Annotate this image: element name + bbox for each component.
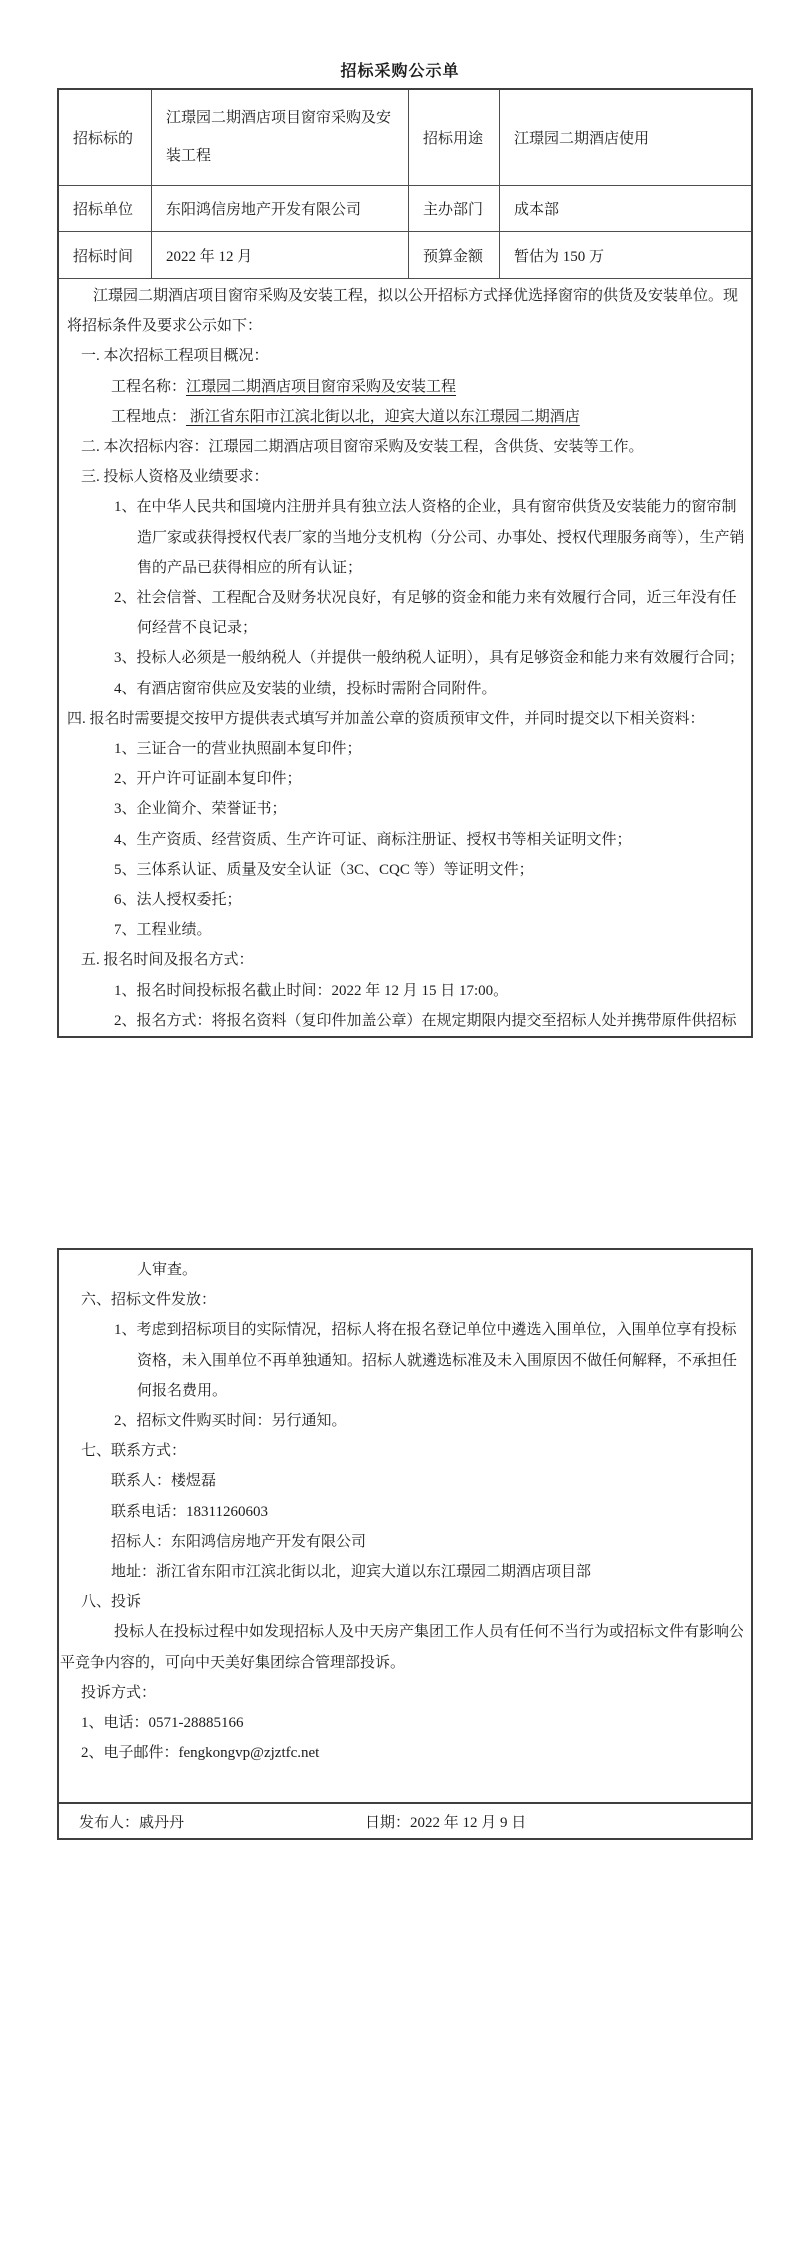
doc-line: 资格，未入围单位不再单独通知。招标人就遴选标准及未入围原因不做任何解释，不承担任 <box>137 1346 743 1376</box>
doc-line: 工程名称：江璟园二期酒店项目窗帘采购及安装工程 <box>111 372 743 402</box>
doc-line: 平竞争内容的，可向中天美好集团综合管理部投诉。 <box>60 1648 743 1678</box>
notice-body-continued: 人审查。六、招标文件发放：1、考虑到招标项目的实际情况，招标人将在报名登记单位中… <box>59 1250 751 1800</box>
doc-line: 二. 本次招标内容：江璟园二期酒店项目窗帘采购及安装工程，含供货、安装等工作。 <box>81 432 743 462</box>
info-label-r1c1: 招标标的 <box>59 90 152 186</box>
info-label-r3c3: 预算金额 <box>409 232 500 279</box>
publisher-label: 发布人：戚丹丹 <box>79 1811 184 1832</box>
info-value-r2c2: 东阳鸿信房地产开发有限公司 <box>152 186 409 232</box>
doc-line: 联系电话：18311260603 <box>111 1497 743 1527</box>
doc-line: 江璟园二期酒店项目窗帘采购及安装工程，拟以公开招标方式择优选择窗帘的供货及安装单… <box>67 281 743 311</box>
announcement-sheet-page1: 招标标的江璟园二期酒店项目窗帘采购及安装工程招标用途江璟园二期酒店使用招标单位东… <box>57 88 753 1038</box>
doc-line: 7、工程业绩。 <box>114 915 743 945</box>
doc-line: 投标人在投标过程中如发现招标人及中天房产集团工作人员有任何不当行为或招标文件有影… <box>114 1617 743 1647</box>
doc-line: 何经营不良记录； <box>137 613 743 643</box>
announcement-sheet-page2: 人审查。六、招标文件发放：1、考虑到招标项目的实际情况，招标人将在报名登记单位中… <box>57 1248 753 1840</box>
doc-line: 4、生产资质、经营资质、生产许可证、商标注册证、授权书等相关证明文件； <box>114 825 743 855</box>
doc-line: 2、开户许可证副本复印件； <box>114 764 743 794</box>
info-value-r2c4: 成本部 <box>500 186 751 232</box>
doc-line: 3、企业简介、荣誉证书； <box>114 794 743 824</box>
doc-line: 5、三体系认证、质量及安全认证（3C、CQC 等）等证明文件； <box>114 855 743 885</box>
info-value-r1c2: 江璟园二期酒店项目窗帘采购及安装工程 <box>152 90 409 186</box>
info-label-r3c1: 招标时间 <box>59 232 152 279</box>
doc-line: 1、三证合一的营业执照副本复印件； <box>114 734 743 764</box>
doc-line: 一. 本次招标工程项目概况： <box>81 341 743 371</box>
doc-line: 五. 报名时间及报名方式： <box>81 945 743 975</box>
doc-line: 七、联系方式： <box>81 1436 743 1466</box>
info-label-r2c1: 招标单位 <box>59 186 152 232</box>
underlined-text: 江璟园二期酒店项目窗帘采购及安装工程 <box>186 379 456 395</box>
doc-line: 人审查。 <box>137 1255 743 1285</box>
doc-line: 2、报名方式：将报名资料（复印件加盖公章）在规定期限内提交至招标人处并携带原件供… <box>114 1006 743 1036</box>
info-label-r2c3: 主办部门 <box>409 186 500 232</box>
doc-line: 1、电话：0571-28885166 <box>81 1708 743 1738</box>
doc-line: 联系人：楼煜磊 <box>111 1466 743 1496</box>
doc-line: 2、招标文件购买时间：另行通知。 <box>114 1406 743 1436</box>
info-value-r3c4: 暂估为 150 万 <box>500 232 751 279</box>
doc-line: 何报名费用。 <box>137 1376 743 1406</box>
publish-date-label: 日期：2022 年 12 月 9 日 <box>365 1811 526 1832</box>
underlined-text: 浙江省东阳市江滨北街以北，迎宾大道以东江璟园二期酒店 <box>186 409 580 425</box>
doc-line: 造厂家或获得授权代表厂家的当地分支机构（分公司、办事处、授权代理服务商等），生产… <box>137 523 743 553</box>
page-title: 招标采购公示单 <box>0 58 800 81</box>
doc-line: 地址：浙江省东阳市江滨北街以北，迎宾大道以东江璟园二期酒店项目部 <box>111 1557 743 1587</box>
info-value-r1c4: 江璟园二期酒店使用 <box>500 90 751 186</box>
doc-line-prefix: 工程地点： <box>111 409 186 425</box>
doc-line: 6、法人授权委托； <box>114 885 743 915</box>
info-value-r3c2: 2022 年 12 月 <box>152 232 409 279</box>
notice-body: 江璟园二期酒店项目窗帘采购及安装工程，拟以公开招标方式择优选择窗帘的供货及安装单… <box>59 279 751 1127</box>
doc-line: 售的产品已获得相应的所有认证； <box>137 553 743 583</box>
doc-line: 1、报名时间投标报名截止时间：2022 年 12 月 15 日 17:00。 <box>114 976 743 1006</box>
doc-line: 2、社会信誉、工程配合及财务状况良好，有足够的资金和能力来有效履行合同，近三年没… <box>114 583 743 613</box>
doc-line: 三. 投标人资格及业绩要求： <box>81 462 743 492</box>
doc-line: 四. 报名时需要提交按甲方提供表式填写并加盖公章的资质预审文件，并同时提交以下相… <box>67 704 743 734</box>
doc-line: 六、招标文件发放： <box>81 1285 743 1315</box>
doc-line: 投诉方式： <box>81 1678 743 1708</box>
doc-line: 工程地点： 浙江省东阳市江滨北街以北，迎宾大道以东江璟园二期酒店 <box>111 402 743 432</box>
doc-line: 1、在中华人民共和国境内注册并具有独立法人资格的企业，具有窗帘供货及安装能力的窗… <box>114 492 743 522</box>
doc-line: 4、有酒店窗帘供应及安装的业绩，投标时需附合同附件。 <box>114 674 743 704</box>
doc-line: 招标人：东阳鸿信房地产开发有限公司 <box>111 1527 743 1557</box>
doc-line: 八、投诉 <box>81 1587 743 1617</box>
doc-line: 3、投标人必须是一般纳税人（并提供一般纳税人证明），具有足够资金和能力来有效履行… <box>114 643 743 673</box>
doc-line: 2、电子邮件：fengkongvp@zjztfc.net <box>81 1738 743 1768</box>
info-label-r1c3: 招标用途 <box>409 90 500 186</box>
info-table: 招标标的江璟园二期酒店项目窗帘采购及安装工程招标用途江璟园二期酒店使用招标单位东… <box>59 90 751 279</box>
footer-row: 发布人：戚丹丹 日期：2022 年 12 月 9 日 <box>59 1802 751 1838</box>
doc-line: 将招标条件及要求公示如下： <box>67 311 743 341</box>
doc-line: 1、考虑到招标项目的实际情况，招标人将在报名登记单位中遴选入围单位，入围单位享有… <box>114 1315 743 1345</box>
doc-line-prefix: 工程名称： <box>111 379 186 395</box>
